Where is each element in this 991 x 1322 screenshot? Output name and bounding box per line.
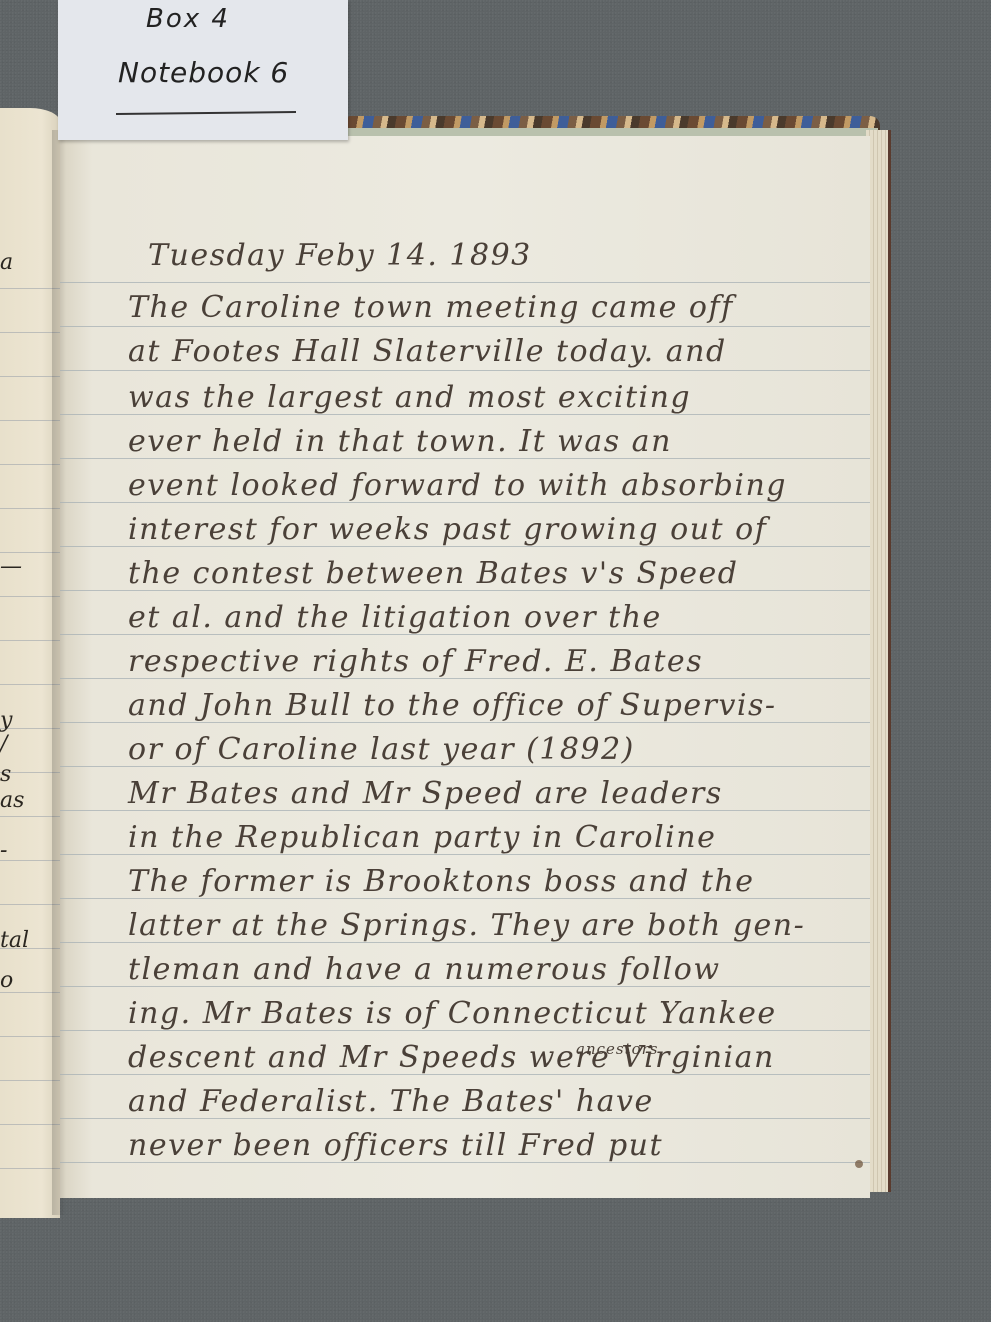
entry-line: ever held in that town. It was an xyxy=(128,424,672,459)
rule-line xyxy=(0,684,60,685)
left-page-fragment: tal xyxy=(0,928,29,953)
entry-line: respective rights of Fred. E. Bates xyxy=(128,644,703,679)
rule-line xyxy=(0,464,60,465)
entry-line: at Footes Hall Slaterville today. and xyxy=(128,334,727,369)
rule-line xyxy=(0,332,60,333)
rule-line xyxy=(0,1168,60,1169)
entry-line: The Caroline town meeting came off xyxy=(128,290,734,325)
entry-line: ing. Mr Bates is of Connecticut Yankee xyxy=(128,996,777,1031)
entry-line: latter at the Springs. They are both gen… xyxy=(128,908,805,943)
rule-line xyxy=(0,860,60,861)
entry-line: was the largest and most exciting xyxy=(128,380,691,415)
entry-line: tleman and have a numerous follow xyxy=(128,952,721,987)
left-page-fragment: / xyxy=(0,732,7,757)
notebook-number: Notebook 6 xyxy=(118,56,289,89)
entry-line: event looked forward to with absorbing xyxy=(128,468,787,503)
left-page-fragment: — xyxy=(0,554,22,579)
gutter-shadow xyxy=(52,130,66,1215)
rule-line xyxy=(0,816,60,817)
rule-line xyxy=(0,596,60,597)
ink-stain xyxy=(855,1160,863,1168)
rule-line xyxy=(0,1036,60,1037)
rule-line xyxy=(0,288,60,289)
left-page: a — y / s as - tal o xyxy=(0,108,60,1218)
entry-line: never been officers till Fred put xyxy=(128,1128,663,1163)
left-page-fragment: y xyxy=(0,708,12,733)
entry-line: and Federalist. The Bates' have xyxy=(128,1084,654,1119)
left-page-fragment: s xyxy=(0,762,11,787)
entry-line: or of Caroline last year (1892) xyxy=(128,732,635,767)
box-number: Box 4 xyxy=(146,4,230,34)
archive-label: Box 4 Notebook 6 xyxy=(58,0,348,140)
rule-line xyxy=(0,420,60,421)
rule-line xyxy=(0,376,60,377)
rule-line xyxy=(60,370,870,371)
left-page-fragment: o xyxy=(0,968,13,993)
label-underline xyxy=(116,111,296,115)
rule-line xyxy=(60,326,870,327)
entry-line: the contest between Bates v's Speed xyxy=(128,556,738,591)
rule-line xyxy=(0,1080,60,1081)
rule-line xyxy=(60,282,870,283)
rule-line xyxy=(0,552,60,553)
rule-line xyxy=(0,1124,60,1125)
left-page-fragment: a xyxy=(0,250,13,275)
entry-line: descent and Mr Speeds were Virginian xyxy=(128,1040,775,1075)
entry-line: interest for weeks past growing out of xyxy=(128,512,767,547)
entry-line: and John Bull to the office of Supervis- xyxy=(128,688,777,723)
left-page-fragment: - xyxy=(0,838,7,863)
entry-line: et al. and the litigation over the xyxy=(128,600,662,635)
entry-line: in the Republican party in Caroline xyxy=(128,820,716,855)
rule-line xyxy=(0,904,60,905)
rule-line xyxy=(0,508,60,509)
entry-date: Tuesday Feby 14. 1893 xyxy=(148,238,532,273)
entry-line: The former is Brooktons boss and the xyxy=(128,864,754,899)
left-page-fragment: as xyxy=(0,788,24,813)
rule-line xyxy=(0,640,60,641)
entry-line: Mr Bates and Mr Speed are leaders xyxy=(128,776,723,811)
